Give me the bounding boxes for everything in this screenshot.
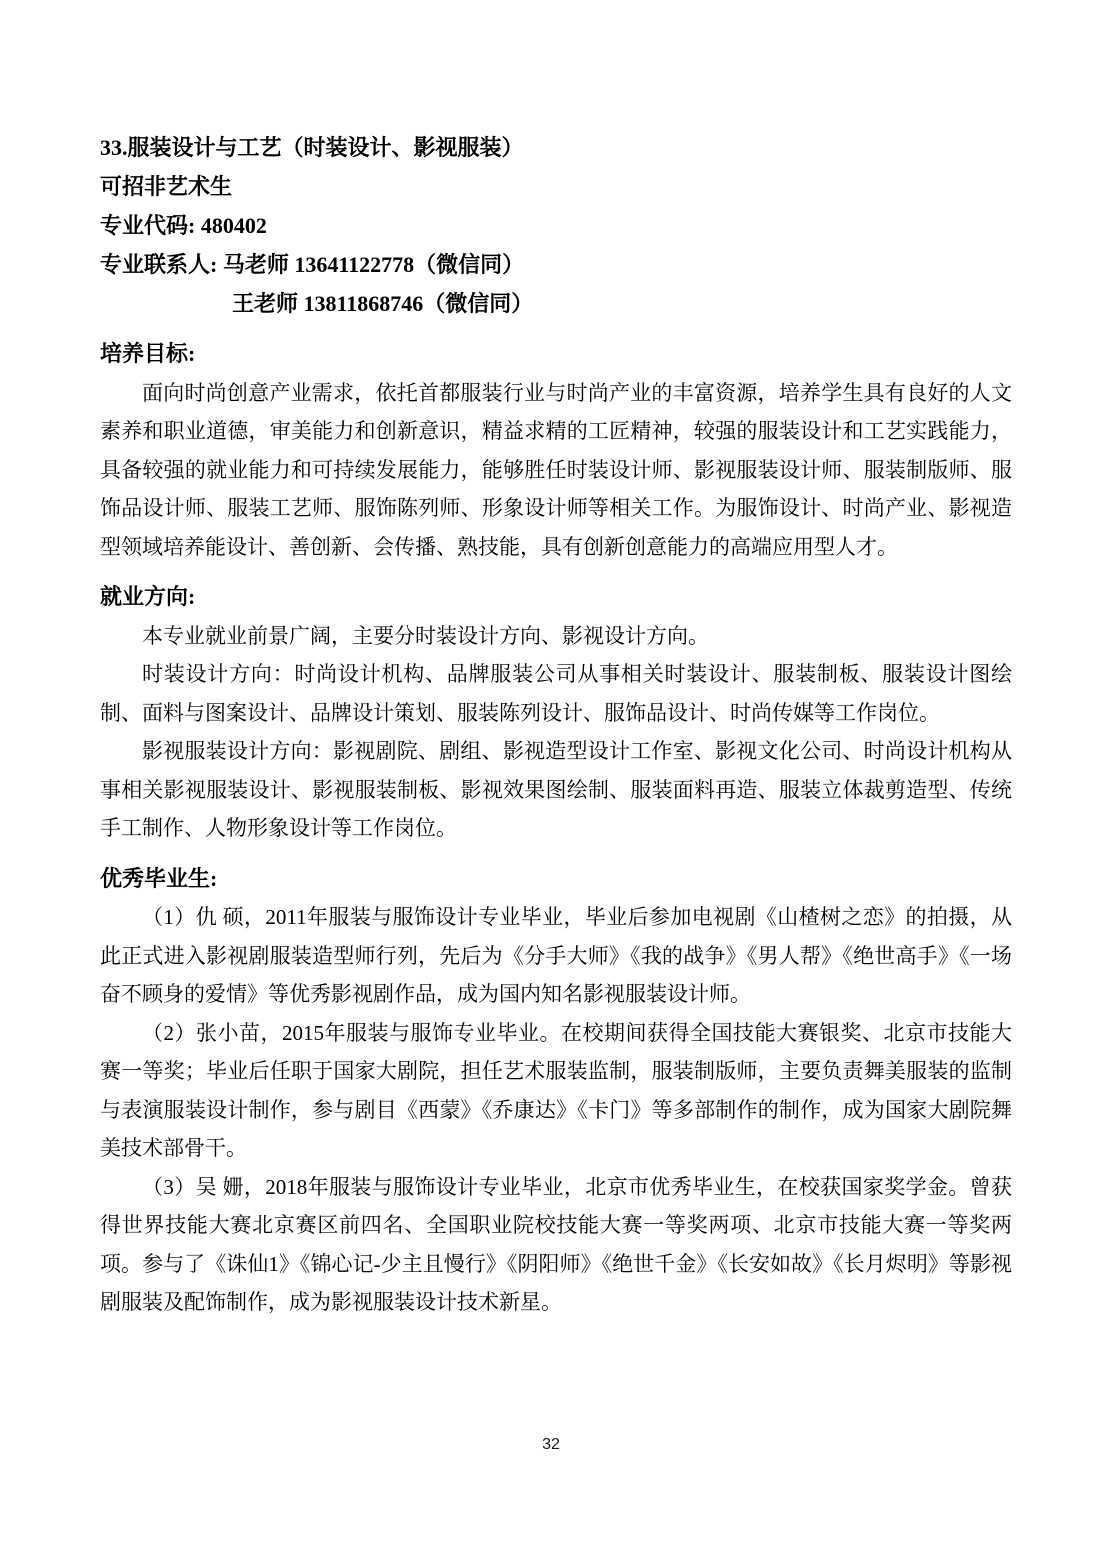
contact-line-1: 专业联系人: 马老师 13641122778（微信同）	[100, 245, 1012, 284]
major-code-line: 专业代码: 480402	[100, 206, 1012, 245]
document-page: { "document": { "title": "33.服装设计与工艺（时装设…	[0, 0, 1102, 1559]
section-heading-employment-directions: 就业方向:	[100, 578, 1012, 617]
film-costume-direction-paragraph: 影视服装设计方向：影视剧院、剧组、影视造型设计工作室、影视文化公司、时尚设计机构…	[100, 732, 1012, 848]
admission-note: 可招非艺术生	[100, 167, 1012, 206]
graduate-2-paragraph: （2）张小苗，2015年服装与服饰专业毕业。在校期间获得全国技能大赛银奖、北京市…	[100, 1014, 1012, 1168]
graduate-3-paragraph: （3）吴 姗，2018年服装与服饰设计专业毕业，北京市优秀毕业生，在校获国家奖学…	[100, 1168, 1012, 1322]
page-title: 33.服装设计与工艺（时装设计、影视服装）	[100, 128, 1012, 167]
fashion-design-direction-paragraph: 时装设计方向：时尚设计机构、品牌服装公司从事相关时装设计、服装制板、服装设计图绘…	[100, 655, 1012, 732]
section-outstanding-graduates: 优秀毕业生: （1）仇 硕，2011年服装与服饰设计专业毕业，毕业后参加电视剧《…	[100, 860, 1012, 1322]
section-employment-directions: 就业方向: 本专业就业前景广阔，主要分时装设计方向、影视设计方向。 时装设计方向…	[100, 578, 1012, 848]
training-objectives-paragraph: 面向时尚创意产业需求，依托首都服装行业与时尚产业的丰富资源，培养学生具有良好的人…	[100, 374, 1012, 567]
section-heading-training-objectives: 培养目标:	[100, 335, 1012, 374]
employment-overview-paragraph: 本专业就业前景广阔，主要分时装设计方向、影视设计方向。	[100, 617, 1012, 656]
contact-line-2: 王老师 13811868746（微信同）	[100, 284, 1012, 323]
section-heading-outstanding-graduates: 优秀毕业生:	[100, 860, 1012, 899]
document-body: 33.服装设计与工艺（时装设计、影视服装） 可招非艺术生 专业代码: 48040…	[100, 128, 1012, 1322]
page-number: 32	[0, 1436, 1102, 1454]
section-training-objectives: 培养目标: 面向时尚创意产业需求，依托首都服装行业与时尚产业的丰富资源，培养学生…	[100, 335, 1012, 566]
graduate-1-paragraph: （1）仇 硕，2011年服装与服饰设计专业毕业，毕业后参加电视剧《山楂树之恋》的…	[100, 898, 1012, 1014]
major-header-block: 33.服装设计与工艺（时装设计、影视服装） 可招非艺术生 专业代码: 48040…	[100, 128, 1012, 323]
